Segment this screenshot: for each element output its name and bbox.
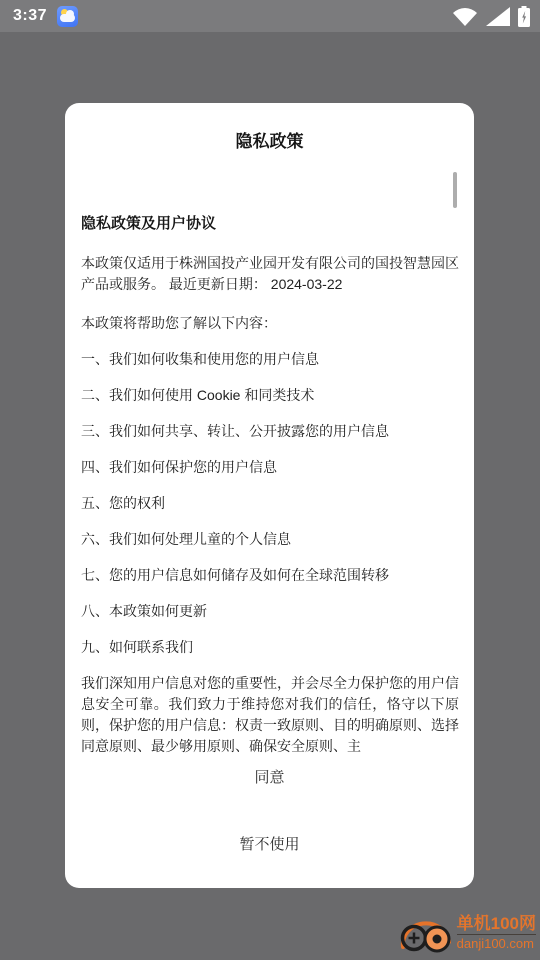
policy-intro: 本政策仅适用于株洲国投产业园开发有限公司的国投智慧园区产品或服务。 最近更新日期… [81,253,459,295]
wifi-icon [452,6,478,26]
watermark-site-url: danji100.com [457,935,536,952]
scrollbar-thumb[interactable] [453,172,457,208]
watermark-text: 单机100网 danji100.com [457,914,536,952]
policy-heading: 隐私政策及用户协议 [81,213,459,234]
policy-helper: 本政策将帮助您了解以下内容： [81,313,459,334]
weather-app-icon [57,6,78,27]
policy-section-item: 一、我们如何收集和使用您的用户信息 [81,349,459,370]
cell-signal-icon [486,7,510,26]
policy-section-item: 五、您的权利 [81,493,459,514]
site-watermark: 单机100网 danji100.com [397,911,536,955]
policy-section-item: 八、本政策如何更新 [81,601,459,622]
decline-button[interactable]: 暂不使用 [65,830,474,858]
dialog-title: 隐私政策 [65,127,474,152]
policy-section-item: 二、我们如何使用 Cookie 和同类技术 [81,385,459,406]
privacy-policy-dialog: 隐私政策 隐私政策及用户协议 本政策仅适用于株洲国投产业园开发有限公司的国投智慧… [65,103,474,888]
clock-time: 3:37 [13,7,47,25]
policy-section-item: 三、我们如何共享、转让、公开披露您的用户信息 [81,421,459,442]
policy-section-item: 四、我们如何保护您的用户信息 [81,457,459,478]
policy-principles: 我们深知用户信息对您的重要性，并会尽全力保护您的用户信息安全可靠。我们致力于维持… [81,673,459,757]
status-icons [452,0,530,32]
policy-section-item: 九、如何联系我们 [81,637,459,658]
policy-section-item: 六、我们如何处理儿童的个人信息 [81,529,459,550]
watermark-site-name: 单机100网 [457,914,536,935]
status-bar: 3:37 [0,0,540,32]
agree-button[interactable]: 同意 [65,763,474,791]
danji100-logo [397,911,455,955]
battery-charging-icon [518,6,530,27]
policy-scroll-area[interactable]: 隐私政策及用户协议 本政策仅适用于株洲国投产业园开发有限公司的国投智慧园区产品或… [81,213,459,761]
cloud-icon [60,14,75,22]
policy-section-item: 七、您的用户信息如何储存及如何在全球范围转移 [81,565,459,586]
